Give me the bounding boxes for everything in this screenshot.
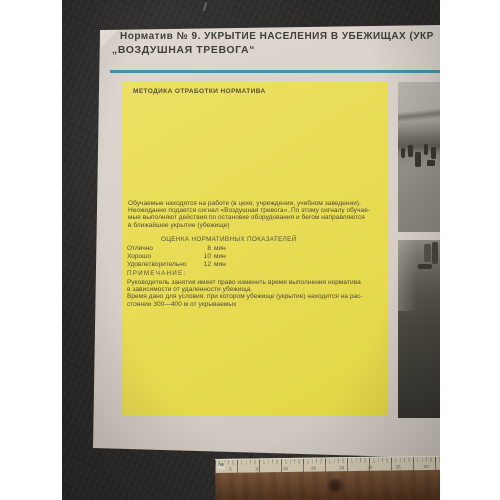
ruler-number: 40 [424, 464, 429, 470]
ruler-number: 35 [396, 464, 401, 470]
score-row: Удовлетворительно12мин [127, 261, 226, 269]
scratch-mark [203, 2, 207, 11]
method-paragraph: Обучаемые находятся на работе (в цехе, у… [128, 200, 384, 229]
ruler-number: 10 [255, 466, 260, 472]
poster-paper: Норматив № 9. УКРЫТИЕ НАСЕЛЕНИЯ В УБЕЖИЩ… [62, 0, 440, 500]
score-label: Удовлетворительно [127, 261, 199, 268]
photo-figure [427, 160, 435, 166]
poster-photograph: Норматив № 9. УКРЫТИЕ НАСЕЛЕНИЯ В УБЕЖИЩ… [62, 0, 440, 500]
photo-figure [401, 148, 405, 158]
note-paragraph: Руководитель занятия имеет право изменит… [127, 279, 383, 308]
score-row: Хорошо10мин [127, 253, 226, 261]
ruler-scale: № 5 10 15 20 25 30 35 40 45 50 [215, 455, 440, 473]
poster-title-line2: „ВОЗДУШНАЯ ТРЕВОГА“ [112, 44, 255, 56]
scores-table: Отлично8мин Хорошо10мин Удовлетворительн… [127, 245, 226, 269]
ruler-number: 30 [367, 465, 372, 471]
photo-figure [415, 152, 421, 167]
photo-figure [424, 144, 428, 155]
ruler-number: 25 [339, 465, 344, 471]
scores-heading: ОЦЕНКА НОРМАТИВНЫХ ПОКАЗАТЕЛЕЙ [161, 236, 297, 243]
ruler-label: № [217, 462, 225, 469]
ruler-number: 5 [229, 467, 232, 473]
photo-figure [424, 244, 431, 262]
score-value: 10 [199, 253, 211, 260]
marketplace-photo: Норматив № 9. УКРЫТИЕ НАСЕЛЕНИЯ В УБЕЖИЩ… [0, 0, 500, 500]
ruler: № 5 10 15 20 25 30 35 40 45 50 [215, 455, 440, 500]
score-unit: мин [214, 245, 226, 252]
photo-figure [408, 145, 413, 157]
score-unit: мин [214, 261, 226, 268]
divider-rule [110, 70, 440, 73]
ruler-number: 20 [311, 466, 316, 472]
paragraph-line: мые выполняют действия по остановке обор… [128, 214, 384, 221]
score-label: Хорошо [127, 253, 199, 260]
score-label: Отлично [127, 245, 199, 252]
score-value: 12 [199, 261, 211, 268]
ruler-number: 15 [283, 466, 288, 472]
score-row: Отлично8мин [127, 245, 226, 253]
method-panel: МЕТОДИКА ОТРАБОТКИ НОРМАТИВА Обучаемые н… [122, 82, 388, 415]
photo-people-running-to-shelter [398, 82, 440, 232]
ruler-wood-body [215, 469, 440, 500]
poster-title-line1: Норматив № 9. УКРЫТИЕ НАСЕЛЕНИЯ В УБЕЖИЩ… [120, 31, 434, 42]
note-heading: ПРИМЕЧАНИЕ: [127, 270, 186, 277]
photo-figure [418, 264, 432, 269]
note-line: Время дано для условия, при котором убеж… [127, 293, 383, 300]
paragraph-line: в ближайшее укрытие (убежище) [128, 222, 384, 229]
photo-shelter-interior [398, 240, 440, 418]
score-value: 8 [199, 245, 211, 252]
photo-figure [431, 147, 436, 159]
photo-figure [432, 242, 438, 264]
method-heading: МЕТОДИКА ОТРАБОТКИ НОРМАТИВА [133, 88, 266, 95]
score-unit: мин [214, 253, 226, 260]
note-line: стоянии 300—400 м от укрываемых [127, 301, 383, 308]
